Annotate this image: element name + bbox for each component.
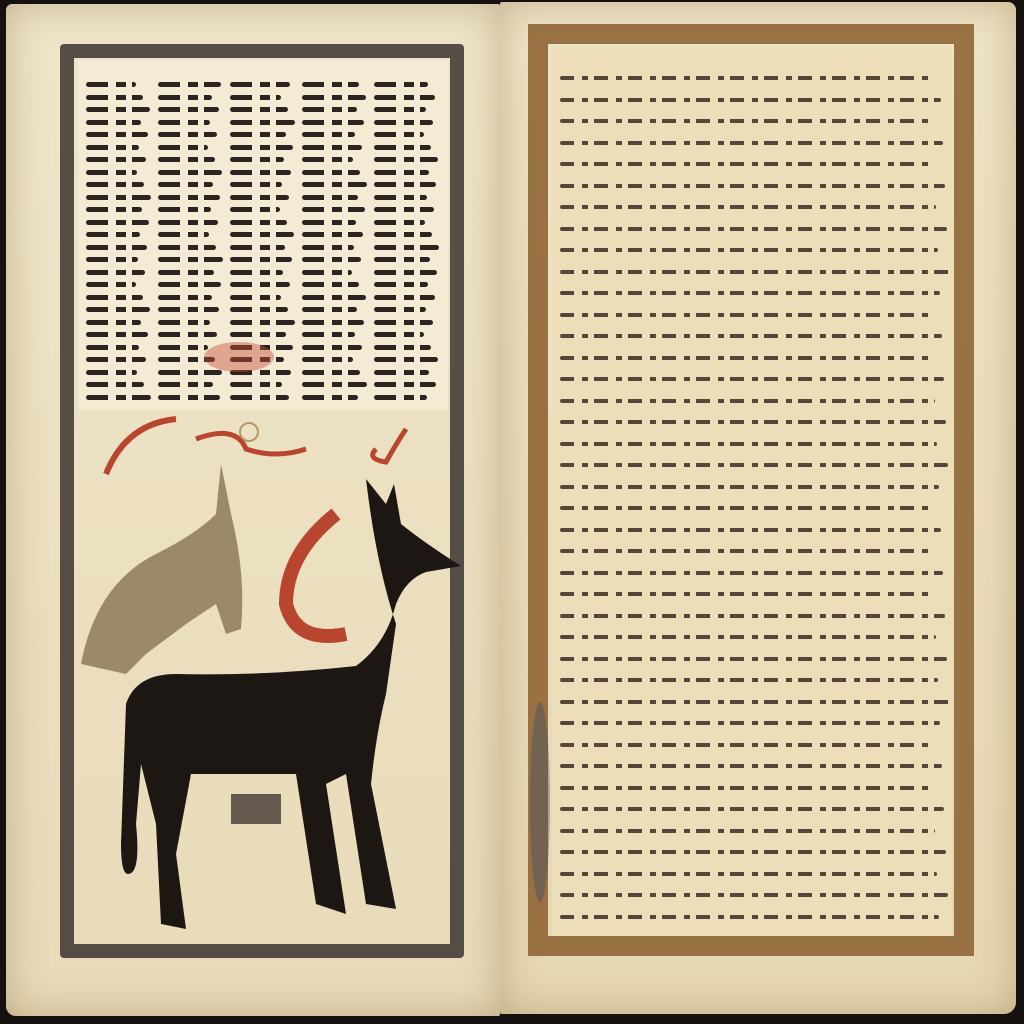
- script-line: [560, 764, 942, 768]
- script-line: [560, 313, 931, 317]
- script-line: [560, 592, 934, 596]
- script-line: [560, 850, 946, 854]
- script-line: [158, 132, 217, 137]
- script-line: [302, 370, 360, 375]
- script-line: [302, 282, 359, 287]
- script-line: [302, 207, 365, 212]
- script-line: [158, 282, 221, 287]
- script-line: [374, 220, 425, 225]
- script-line: [230, 120, 295, 125]
- script-line: [86, 382, 144, 387]
- script-line: [560, 829, 935, 833]
- script-line: [560, 119, 932, 123]
- script-line: [86, 245, 147, 250]
- script-line: [230, 157, 284, 162]
- script-line: [230, 395, 289, 400]
- script-line: [302, 195, 358, 200]
- blue-ink-stain: [530, 702, 550, 902]
- script-line: [230, 145, 293, 150]
- script-line: [560, 571, 943, 575]
- script-line: [560, 700, 949, 704]
- script-line: [86, 220, 149, 225]
- script-line: [158, 182, 213, 187]
- script-line: [230, 295, 281, 300]
- script-line: [158, 332, 217, 337]
- script-line: [560, 485, 939, 489]
- script-line: [560, 807, 944, 811]
- right-manuscript-page: [500, 2, 1016, 1014]
- animal-illustration: [66, 404, 466, 964]
- script-line: [374, 95, 435, 100]
- script-line: [86, 307, 150, 312]
- script-line: [302, 132, 355, 137]
- script-line: [302, 357, 353, 362]
- script-line: [86, 370, 137, 375]
- script-line: [374, 207, 434, 212]
- script-line: [302, 82, 359, 87]
- script-line: [230, 270, 283, 275]
- script-line: [158, 107, 219, 112]
- script-line: [302, 182, 367, 187]
- script-line: [560, 184, 945, 188]
- script-line: [560, 420, 946, 424]
- script-line: [86, 182, 144, 187]
- script-line: [374, 270, 437, 275]
- script-line: [560, 291, 940, 295]
- left-manuscript-page: [6, 4, 500, 1016]
- right-text-block: [552, 46, 952, 936]
- script-line: [86, 195, 151, 200]
- script-line: [86, 345, 139, 350]
- script-line: [302, 245, 354, 250]
- script-line: [158, 232, 209, 237]
- script-line: [158, 382, 213, 387]
- script-line: [86, 282, 136, 287]
- script-line: [302, 345, 362, 350]
- script-line: [158, 157, 215, 162]
- script-line: [86, 357, 146, 362]
- script-line: [374, 132, 424, 137]
- script-line: [302, 120, 364, 125]
- script-line: [560, 205, 936, 209]
- script-line: [230, 195, 289, 200]
- script-line: [374, 382, 436, 387]
- script-line: [302, 170, 360, 175]
- script-line: [560, 635, 936, 639]
- script-line: [560, 141, 943, 145]
- script-line: [230, 332, 286, 337]
- script-line: [374, 120, 433, 125]
- script-line: [158, 245, 216, 250]
- script-line: [302, 232, 363, 237]
- script-line: [374, 257, 430, 262]
- script-line: [86, 232, 140, 237]
- script-line: [158, 195, 220, 200]
- script-line: [230, 382, 282, 387]
- script-line: [86, 170, 137, 175]
- script-line: [302, 95, 366, 100]
- script-line: [302, 382, 367, 387]
- script-line: [302, 145, 362, 150]
- script-line: [302, 395, 358, 400]
- script-line: [560, 227, 947, 231]
- script-line: [158, 95, 212, 100]
- script-line: [560, 528, 941, 532]
- script-line: [374, 195, 427, 200]
- script-line: [302, 107, 357, 112]
- script-line: [374, 245, 439, 250]
- script-line: [374, 170, 429, 175]
- script-line: [560, 893, 948, 897]
- script-line: [374, 145, 431, 150]
- script-line: [374, 107, 426, 112]
- script-line: [374, 370, 429, 375]
- script-line: [230, 232, 294, 237]
- red-ink-stain: [204, 342, 274, 372]
- script-line: [560, 248, 938, 252]
- script-line: [158, 320, 210, 325]
- script-line: [86, 82, 136, 87]
- script-line: [158, 270, 214, 275]
- script-line: [230, 170, 291, 175]
- script-line: [374, 295, 435, 300]
- script-line: [230, 257, 292, 262]
- script-line: [158, 307, 219, 312]
- script-line: [86, 95, 143, 100]
- script-line: [158, 395, 220, 400]
- script-line: [560, 334, 942, 338]
- script-line: [374, 332, 424, 337]
- script-line: [560, 98, 941, 102]
- script-line: [302, 157, 353, 162]
- script-line: [560, 657, 947, 661]
- script-line: [560, 442, 937, 446]
- script-line: [560, 743, 931, 747]
- script-line: [560, 463, 948, 467]
- script-line: [230, 320, 295, 325]
- script-line: [158, 207, 211, 212]
- script-line: [302, 270, 352, 275]
- script-line: [302, 220, 356, 225]
- script-line: [86, 145, 139, 150]
- script-line: [86, 120, 141, 125]
- script-line: [86, 270, 145, 275]
- script-line: [158, 82, 221, 87]
- script-line: [374, 357, 438, 362]
- script-line: [230, 207, 280, 212]
- script-line: [374, 307, 426, 312]
- script-line: [302, 332, 355, 337]
- script-line: [560, 786, 933, 790]
- script-line: [86, 132, 148, 137]
- script-line: [560, 721, 940, 725]
- script-line: [560, 399, 935, 403]
- script-line: [86, 107, 150, 112]
- script-line: [86, 320, 141, 325]
- script-line: [560, 614, 945, 618]
- script-line: [560, 506, 930, 510]
- script-line: [560, 270, 949, 274]
- script-line: [86, 157, 146, 162]
- script-line: [560, 162, 934, 166]
- script-line: [560, 872, 937, 876]
- script-line: [302, 307, 357, 312]
- script-line: [560, 76, 930, 80]
- script-line: [560, 678, 938, 682]
- script-line: [374, 345, 431, 350]
- script-line: [158, 220, 218, 225]
- script-line: [86, 207, 142, 212]
- script-line: [374, 282, 428, 287]
- script-line: [374, 395, 427, 400]
- script-line: [374, 182, 436, 187]
- script-line: [158, 295, 212, 300]
- script-line: [230, 132, 286, 137]
- script-line: [230, 107, 288, 112]
- script-line: [230, 95, 281, 100]
- script-line: [230, 182, 282, 187]
- script-line: [230, 307, 288, 312]
- script-line: [86, 295, 143, 300]
- script-line: [374, 232, 432, 237]
- script-line: [302, 257, 361, 262]
- script-line: [374, 157, 438, 162]
- script-line: [302, 295, 366, 300]
- script-line: [158, 170, 222, 175]
- script-line: [560, 377, 944, 381]
- script-line: [158, 257, 223, 262]
- script-line: [158, 145, 208, 150]
- script-line: [374, 320, 433, 325]
- script-line: [560, 356, 933, 360]
- script-line: [158, 345, 208, 350]
- script-line: [86, 332, 148, 337]
- script-line: [230, 220, 287, 225]
- script-line: [230, 245, 285, 250]
- script-line: [230, 82, 290, 87]
- script-line: [158, 370, 222, 375]
- script-line: [560, 915, 939, 919]
- script-line: [374, 82, 428, 87]
- script-line: [158, 120, 210, 125]
- script-line: [302, 320, 364, 325]
- script-line: [560, 549, 932, 553]
- script-line: [86, 395, 151, 400]
- script-line: [230, 282, 290, 287]
- script-line: [86, 257, 138, 262]
